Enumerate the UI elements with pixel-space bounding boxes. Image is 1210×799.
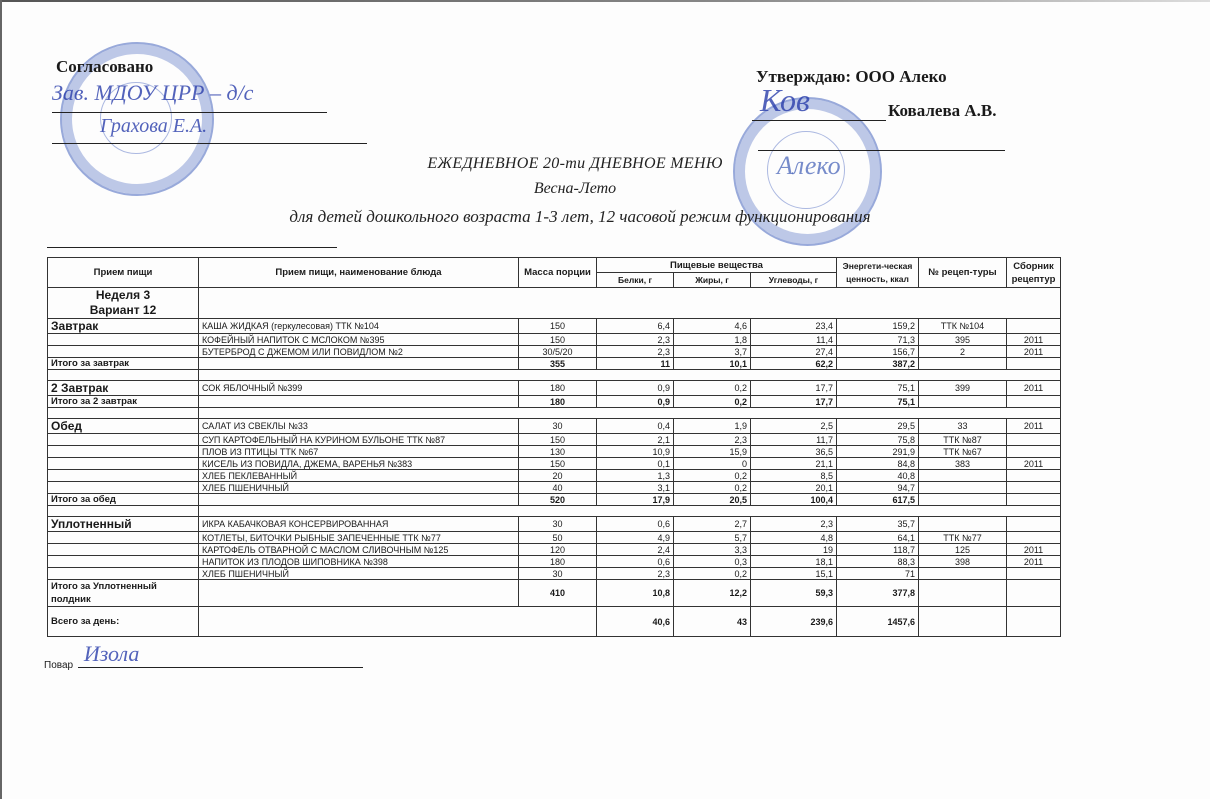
meal-name: Обед <box>48 419 199 434</box>
table-row: ХЛЕБ ПШЕНИЧНЫЙ302,30,215,171 <box>48 568 1061 580</box>
protein-cell: 0,6 <box>597 556 674 568</box>
mass-cell: 50 <box>519 532 597 544</box>
recipe-cell: 125 <box>919 544 1007 556</box>
blank-cell <box>199 580 519 607</box>
collection-cell <box>1007 532 1061 544</box>
fat-cell: 0,3 <box>674 556 751 568</box>
cook-label: Повар <box>44 660 73 671</box>
table-row: ПЛОВ ИЗ ПТИЦЫ ТТК №6713010,915,936,5291,… <box>48 446 1061 458</box>
total-protein: 17,9 <box>597 494 674 506</box>
recipe-cell: 2 <box>919 346 1007 358</box>
fat-cell: 0,2 <box>674 482 751 494</box>
total-protein: 10,8 <box>597 580 674 607</box>
day-total-carbs: 239,6 <box>751 607 837 637</box>
dish-name: САЛАТ ИЗ СВЕКЛЫ №33 <box>199 419 519 434</box>
document-title: ЕЖЕДНЕВНОЕ 20-ти ДНЕВНОЕ МЕНЮ <box>300 155 850 173</box>
signature-left-1: Зав. МДОУ ЦРР – д/с <box>52 80 253 106</box>
variant-label: Вариант 12 <box>90 303 157 317</box>
recipe-cell: 399 <box>919 381 1007 396</box>
fat-cell: 2,7 <box>674 517 751 532</box>
total-energy: 75,1 <box>837 396 919 408</box>
collection-cell <box>1007 319 1061 334</box>
dish-name: КОФЕЙНЫЙ НАПИТОК С МСЛОКОМ №395 <box>199 334 519 346</box>
dish-name: КИСЕЛЬ ИЗ ПОВИДЛА, ДЖЕМА, ВАРЕНЬЯ №383 <box>199 458 519 470</box>
header-recipe: № рецеп-туры <box>919 258 1007 288</box>
protein-cell: 2,4 <box>597 544 674 556</box>
energy-cell: 29,5 <box>837 419 919 434</box>
energy-cell: 35,7 <box>837 517 919 532</box>
collection-cell <box>1007 446 1061 458</box>
dish-name: СУП КАРТОФЕЛЬНЫЙ НА КУРИНОМ БУЛЬОНЕ ТТК … <box>199 434 519 446</box>
agreed-label: Согласовано <box>56 57 153 77</box>
dish-name: БУТЕРБРОД С ДЖЕМОМ ИЛИ ПОВИДЛОМ №2 <box>199 346 519 358</box>
carbs-cell: 4,8 <box>751 532 837 544</box>
header-fat: Жиры, г <box>674 273 751 288</box>
dish-name: ПЛОВ ИЗ ПТИЦЫ ТТК №67 <box>199 446 519 458</box>
dish-name: КОТЛЕТЫ, БИТОЧКИ РЫБНЫЕ ЗАПЕЧЕННЫЕ ТТК №… <box>199 532 519 544</box>
mass-cell: 30 <box>519 419 597 434</box>
total-label: Итого за завтрак <box>48 358 199 370</box>
director-name: Ковалева А.В. <box>888 101 997 121</box>
total-fat: 12,2 <box>674 580 751 607</box>
table-row: 2 ЗавтракСОК ЯБЛОЧНЫЙ №3991800,90,217,77… <box>48 381 1061 396</box>
total-label: Итого за обед <box>48 494 199 506</box>
table-row: УплотненныйИКРА КАБАЧКОВАЯ КОНСЕРВИРОВАН… <box>48 517 1061 532</box>
energy-cell: 156,7 <box>837 346 919 358</box>
blank-cell <box>919 607 1007 637</box>
cook-signature: Изола <box>84 641 140 667</box>
carbs-cell: 23,4 <box>751 319 837 334</box>
table-row: КОТЛЕТЫ, БИТОЧКИ РЫБНЫЕ ЗАПЕЧЕННЫЕ ТТК №… <box>48 532 1061 544</box>
scan-edge <box>0 0 2 799</box>
table-row: ХЛЕБ ПЕКЛЕВАННЫЙ201,30,28,540,8 <box>48 470 1061 482</box>
mass-cell: 180 <box>519 556 597 568</box>
collection-cell: 2011 <box>1007 458 1061 470</box>
total-protein: 11 <box>597 358 674 370</box>
mass-cell: 30/5/20 <box>519 346 597 358</box>
recipe-cell: ТТК №67 <box>919 446 1007 458</box>
fat-cell: 0,2 <box>674 568 751 580</box>
table-row: КИСЕЛЬ ИЗ ПОВИДЛА, ДЖЕМА, ВАРЕНЬЯ №38315… <box>48 458 1061 470</box>
blank-cell <box>48 544 199 556</box>
blank-cell <box>48 470 199 482</box>
mass-cell: 20 <box>519 470 597 482</box>
dish-name: ХЛЕБ ПШЕНИЧНЫЙ <box>199 482 519 494</box>
total-mass: 410 <box>519 580 597 607</box>
table-row: БУТЕРБРОД С ДЖЕМОМ ИЛИ ПОВИДЛОМ №230/5/2… <box>48 346 1061 358</box>
document-season: Весна-Лето <box>400 180 750 198</box>
total-energy: 387,2 <box>837 358 919 370</box>
recipe-cell: ТТК №77 <box>919 532 1007 544</box>
carbs-cell: 27,4 <box>751 346 837 358</box>
total-label: Итого за 2 завтрак <box>48 396 199 408</box>
carbs-cell: 20,1 <box>751 482 837 494</box>
blank-cell <box>48 408 199 419</box>
collection-cell <box>1007 482 1061 494</box>
total-label: Итого за Уплотненный полдник <box>48 580 199 607</box>
total-fat: 20,5 <box>674 494 751 506</box>
fat-cell: 4,6 <box>674 319 751 334</box>
collection-cell <box>1007 517 1061 532</box>
recipe-cell: 383 <box>919 458 1007 470</box>
blank-cell <box>199 396 519 408</box>
mass-cell: 180 <box>519 381 597 396</box>
blank-cell <box>919 494 1007 506</box>
protein-cell: 3,1 <box>597 482 674 494</box>
signature-line <box>52 112 327 113</box>
total-energy: 617,5 <box>837 494 919 506</box>
fat-cell: 5,7 <box>674 532 751 544</box>
dish-name: КАРТОФЕЛЬ ОТВАРНОЙ С МАСЛОМ СЛИВОЧНЫМ №1… <box>199 544 519 556</box>
day-total-fat: 43 <box>674 607 751 637</box>
signature-line <box>752 120 886 121</box>
blank-cell <box>199 506 1061 517</box>
signature-line <box>758 150 1005 151</box>
recipe-cell: 33 <box>919 419 1007 434</box>
carbs-cell: 15,1 <box>751 568 837 580</box>
mass-cell: 130 <box>519 446 597 458</box>
total-mass: 180 <box>519 396 597 408</box>
mass-cell: 150 <box>519 434 597 446</box>
collection-cell: 2011 <box>1007 334 1061 346</box>
header-mass: Масса порции <box>519 258 597 288</box>
carbs-cell: 2,3 <box>751 517 837 532</box>
mass-cell: 120 <box>519 544 597 556</box>
recipe-cell <box>919 517 1007 532</box>
day-total-protein: 40,6 <box>597 607 674 637</box>
mass-cell: 30 <box>519 517 597 532</box>
table-row: ЗавтракКАША ЖИДКАЯ (геркулесовая) ТТК №1… <box>48 319 1061 334</box>
mass-cell: 40 <box>519 482 597 494</box>
blank-cell <box>1007 396 1061 408</box>
blank-cell <box>919 396 1007 408</box>
table-row: НАПИТОК ИЗ ПЛОДОВ ШИПОВНИКА №3981800,60,… <box>48 556 1061 568</box>
total-carbs: 62,2 <box>751 358 837 370</box>
fat-cell: 0 <box>674 458 751 470</box>
energy-cell: 75,8 <box>837 434 919 446</box>
scan-edge <box>0 0 1210 2</box>
recipe-cell: ТТК №87 <box>919 434 1007 446</box>
spacer-row <box>48 370 1061 381</box>
fat-cell: 0,2 <box>674 470 751 482</box>
protein-cell: 6,4 <box>597 319 674 334</box>
dish-name: СОК ЯБЛОЧНЫЙ №399 <box>199 381 519 396</box>
blank-cell <box>48 568 199 580</box>
fat-cell: 3,7 <box>674 346 751 358</box>
protein-cell: 2,1 <box>597 434 674 446</box>
blank-cell <box>199 288 1061 319</box>
total-carbs: 100,4 <box>751 494 837 506</box>
week-variant: Неделя 3 Вариант 12 <box>48 288 199 319</box>
meal-name: Уплотненный <box>48 517 199 532</box>
mass-cell: 30 <box>519 568 597 580</box>
total-row: Итого за обед52017,920,5100,4617,5 <box>48 494 1061 506</box>
energy-cell: 159,2 <box>837 319 919 334</box>
total-protein: 0,9 <box>597 396 674 408</box>
collection-cell: 2011 <box>1007 544 1061 556</box>
recipe-cell <box>919 568 1007 580</box>
blank-cell <box>1007 358 1061 370</box>
carbs-cell: 11,4 <box>751 334 837 346</box>
meal-name: 2 Завтрак <box>48 381 199 396</box>
meal-name: Завтрак <box>48 319 199 334</box>
fat-cell: 3,3 <box>674 544 751 556</box>
blank-cell <box>48 556 199 568</box>
total-row: Итого за 2 завтрак1800,90,217,775,1 <box>48 396 1061 408</box>
spacer-row <box>48 506 1061 517</box>
carbs-cell: 17,7 <box>751 381 837 396</box>
collection-cell: 2011 <box>1007 419 1061 434</box>
blank-cell <box>48 458 199 470</box>
protein-cell: 4,9 <box>597 532 674 544</box>
carbs-cell: 36,5 <box>751 446 837 458</box>
energy-cell: 64,1 <box>837 532 919 544</box>
collection-cell <box>1007 434 1061 446</box>
blank-cell <box>199 408 1061 419</box>
dish-name: ИКРА КАБАЧКОВАЯ КОНСЕРВИРОВАННАЯ <box>199 517 519 532</box>
fat-cell: 15,9 <box>674 446 751 458</box>
fat-cell: 1,9 <box>674 419 751 434</box>
total-mass: 520 <box>519 494 597 506</box>
collection-cell: 2011 <box>1007 381 1061 396</box>
blank-cell <box>48 482 199 494</box>
carbs-cell: 18,1 <box>751 556 837 568</box>
total-row: Итого за завтрак3551110,162,2387,2 <box>48 358 1061 370</box>
protein-cell: 2,3 <box>597 568 674 580</box>
protein-cell: 1,3 <box>597 470 674 482</box>
fat-cell: 0,2 <box>674 381 751 396</box>
blank-cell <box>48 334 199 346</box>
total-row: Итого за Уплотненный полдник41010,812,25… <box>48 580 1061 607</box>
blank-cell <box>1007 580 1061 607</box>
recipe-cell <box>919 470 1007 482</box>
fat-cell: 2,3 <box>674 434 751 446</box>
energy-cell: 75,1 <box>837 381 919 396</box>
total-carbs: 59,3 <box>751 580 837 607</box>
collection-cell <box>1007 568 1061 580</box>
carbs-cell: 8,5 <box>751 470 837 482</box>
day-total-row: Всего за день:40,643239,61457,6 <box>48 607 1061 637</box>
day-total-label: Всего за день: <box>48 607 199 637</box>
blank-cell <box>48 506 199 517</box>
table-row: ХЛЕБ ПШЕНИЧНЫЙ403,10,220,194,7 <box>48 482 1061 494</box>
blank-cell <box>199 358 519 370</box>
header-meal: Прием пищи <box>48 258 199 288</box>
dish-name: КАША ЖИДКАЯ (геркулесовая) ТТК №104 <box>199 319 519 334</box>
carbs-cell: 2,5 <box>751 419 837 434</box>
blank-cell <box>48 346 199 358</box>
dish-name: ХЛЕБ ПШЕНИЧНЫЙ <box>199 568 519 580</box>
mass-cell: 150 <box>519 458 597 470</box>
spacer-row <box>48 408 1061 419</box>
energy-cell: 291,9 <box>837 446 919 458</box>
energy-cell: 84,8 <box>837 458 919 470</box>
table-row: СУП КАРТОФЕЛЬНЫЙ НА КУРИНОМ БУЛЬОНЕ ТТК … <box>48 434 1061 446</box>
total-carbs: 17,7 <box>751 396 837 408</box>
protein-cell: 0,9 <box>597 381 674 396</box>
table-row: ОбедСАЛАТ ИЗ СВЕКЛЫ №33300,41,92,529,533… <box>48 419 1061 434</box>
header-nutrients: Пищевые вещества <box>597 258 837 273</box>
blank-cell <box>919 358 1007 370</box>
recipe-cell: 395 <box>919 334 1007 346</box>
protein-cell: 0,4 <box>597 419 674 434</box>
blank-cell <box>919 580 1007 607</box>
recipe-cell: 398 <box>919 556 1007 568</box>
signature-left-2: Грахова Е.А. <box>100 115 207 138</box>
blank-cell <box>199 370 1061 381</box>
blank-cell <box>48 434 199 446</box>
collection-cell: 2011 <box>1007 556 1061 568</box>
blank-cell <box>1007 494 1061 506</box>
energy-cell: 71 <box>837 568 919 580</box>
table-row: КОФЕЙНЫЙ НАПИТОК С МСЛОКОМ №3951502,31,8… <box>48 334 1061 346</box>
header-energy: Энергети-ческая ценность, ккал <box>837 258 919 288</box>
mass-cell: 150 <box>519 334 597 346</box>
energy-cell: 94,7 <box>837 482 919 494</box>
energy-cell: 88,3 <box>837 556 919 568</box>
cook-signature-block: Повар Изола <box>44 657 363 671</box>
carbs-cell: 21,1 <box>751 458 837 470</box>
total-energy: 377,8 <box>837 580 919 607</box>
blank-cell <box>199 607 597 637</box>
carbs-cell: 19 <box>751 544 837 556</box>
table-row: КАРТОФЕЛЬ ОТВАРНОЙ С МАСЛОМ СЛИВОЧНЫМ №1… <box>48 544 1061 556</box>
protein-cell: 0,1 <box>597 458 674 470</box>
header-carbs: Углеводы, г <box>751 273 837 288</box>
blank-cell <box>48 446 199 458</box>
protein-cell: 10,9 <box>597 446 674 458</box>
document-subtitle: для детей дошкольного возраста 1-3 лет, … <box>200 207 960 227</box>
protein-cell: 2,3 <box>597 334 674 346</box>
blank-cell <box>48 532 199 544</box>
energy-cell: 71,3 <box>837 334 919 346</box>
fat-cell: 1,8 <box>674 334 751 346</box>
signature-line <box>52 143 367 144</box>
collection-cell: 2011 <box>1007 346 1061 358</box>
header-protein: Белки, г <box>597 273 674 288</box>
signature-right: Ков <box>760 82 810 119</box>
day-total-energy: 1457,6 <box>837 607 919 637</box>
recipe-cell <box>919 482 1007 494</box>
week-label: Неделя 3 <box>96 288 150 302</box>
menu-table: Прием пищи Прием пищи, наименование блюд… <box>47 257 1061 637</box>
header-dish: Прием пищи, наименование блюда <box>199 258 519 288</box>
dish-name: НАПИТОК ИЗ ПЛОДОВ ШИПОВНИКА №398 <box>199 556 519 568</box>
dish-name: ХЛЕБ ПЕКЛЕВАННЫЙ <box>199 470 519 482</box>
recipe-cell: ТТК №104 <box>919 319 1007 334</box>
total-fat: 10,1 <box>674 358 751 370</box>
energy-cell: 40,8 <box>837 470 919 482</box>
divider <box>47 247 337 248</box>
protein-cell: 0,6 <box>597 517 674 532</box>
protein-cell: 2,3 <box>597 346 674 358</box>
blank-cell <box>1007 607 1061 637</box>
carbs-cell: 11,7 <box>751 434 837 446</box>
mass-cell: 150 <box>519 319 597 334</box>
energy-cell: 118,7 <box>837 544 919 556</box>
blank-cell <box>199 494 519 506</box>
header-collection: Сборник рецептур <box>1007 258 1061 288</box>
total-fat: 0,2 <box>674 396 751 408</box>
blank-cell <box>48 370 199 381</box>
collection-cell <box>1007 470 1061 482</box>
total-mass: 355 <box>519 358 597 370</box>
